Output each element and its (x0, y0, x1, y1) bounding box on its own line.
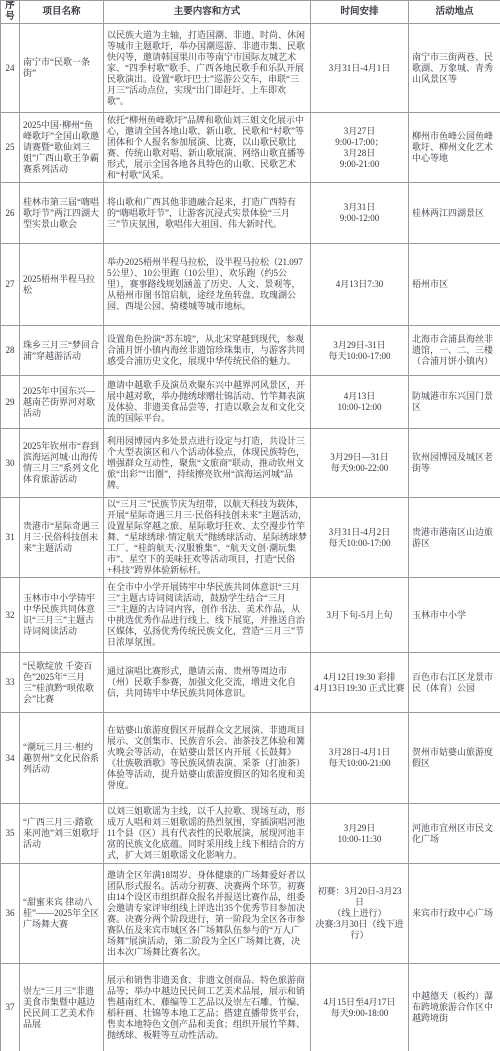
row-number-cell: 24 (1, 24, 20, 113)
project-name-cell: 崇左“三月三”非遗美食市集暨中越边民民间工艺美术作品展 (20, 964, 104, 1051)
row-number-cell: 32 (1, 578, 20, 653)
time-cell: 3月28日-4月1日 每天10:00-21:00 (311, 713, 409, 804)
row-number-cell: 37 (1, 964, 20, 1051)
time-cell: 3月31日 9:00-12:00 (311, 183, 409, 244)
table-row: 32 玉林市中小学铸牢中华民族共同体意识“三月三”主题古诗词阅读活动 在全市中小… (1, 578, 500, 653)
time-cell: 4月15日至4月17日 每天9:00-18:00 (311, 964, 409, 1051)
time-cell: 3月下旬-5月上旬 (311, 578, 409, 653)
time-cell: 4月13日 10:00-12:00 (311, 376, 409, 429)
location-cell: 防城港市东兴国门景区 (409, 376, 500, 429)
project-name-cell: “民歌绽放 千姿百色”2025年“三月三”桂滇黔“呗侬歌会”比赛 (20, 653, 104, 713)
project-name-cell: 2025年钦州市“春到滨海运河城·山海传情三月三”系列文化体育旅游活动 (20, 429, 104, 498)
header-row: 序号 项目名称 主要内容和方式 时间安排 活动地点 (1, 1, 500, 24)
location-cell: 中越德天（板约）瀑布跨境旅游合作区中越跨境街 (409, 964, 500, 1051)
content-cell: 举办2025梧州半程马拉松，设半程马拉松（21.0975公里）、10公里跑（10… (104, 244, 311, 326)
table-row: 36 “甜蜜来宾 律动八桂”——2025年全区广场舞大赛 邀请全区年满18周岁、… (1, 864, 500, 964)
header-cell-name: 项目名称 (20, 1, 104, 24)
row-number-cell: 29 (1, 376, 20, 429)
project-name-cell: 2025中国·柳州“鱼峰歌圩”全国山歌邀请赛暨“歌仙刘三姐”广西山歌王争霸赛系列… (20, 113, 104, 183)
events-schedule-page: 序号 项目名称 主要内容和方式 时间安排 活动地点 24 南宁市“民歌一条街” … (0, 0, 500, 1051)
location-cell: 梧州市区 (409, 244, 500, 326)
project-name-cell: 南宁市“民歌一条街” (20, 24, 104, 113)
row-number-cell: 26 (1, 183, 20, 244)
content-cell: 展示和销售非遗美食、非遗文创商品、特色旅游商品等；举办中越边民民间工艺美术品展，… (104, 964, 311, 1051)
content-cell: 通过演唱比赛形式，邀请云南、贵州等周边市（州）民歌手参赛，加强文化交流，增进文化… (104, 653, 311, 713)
location-cell: 来宾市行政中心广场 (409, 864, 500, 964)
row-number-cell: 27 (1, 244, 20, 326)
project-name-cell: 2025梧州半程马拉松 (20, 244, 104, 326)
location-cell: 柳州市鱼峰公园鱼峰歌圩、柳州文化艺术中心等地 (409, 113, 500, 183)
row-number-cell: 30 (1, 429, 20, 498)
row-number-cell: 28 (1, 326, 20, 376)
location-cell: 贵港市港南区山边旅游区 (409, 498, 500, 578)
table-row: 25 2025中国·柳州“鱼峰歌圩”全国山歌邀请赛暨“歌仙刘三姐”广西山歌王争霸… (1, 113, 500, 183)
location-cell: 桂林两江四湖景区 (409, 183, 500, 244)
project-name-cell: “广西三月三·踏歌来河池”刘三姐歌圩活动 (20, 804, 104, 864)
location-cell: 百色市右江区龙景市民（体育）公园 (409, 653, 500, 713)
time-cell: 3月31日-4月2日 每天10:00-17:00 (311, 498, 409, 578)
time-cell: 4月12日19:30 彩排 4月13日19:30 正式比赛 (311, 653, 409, 713)
content-cell: 将山歌和广西其他非遗融合起来，打造广西特有的“嗨唱歌圩节”，让游客沉浸式实景体验… (104, 183, 311, 244)
location-cell: 南宁市三街两巷、民歌湖、万象城、青秀山风景区等 (409, 24, 500, 113)
content-cell: 以“三月三”民族节庆为纽带，以航天科技为载体，开展“星际奇遇三月三·民俗科技创未… (104, 498, 311, 578)
table-row: 28 珠乡三月三“梦回合浦”穿越游活动 设置角色扮演“苏东坡”，从北宋穿越到现代… (1, 326, 500, 376)
content-cell: 邀请中越歌手及演员欢聚东兴中越界河风景区，开展中越对歌，举办抛绣球赠壮锦活动、竹… (104, 376, 311, 429)
header-cell-no: 序号 (1, 1, 20, 24)
time-cell: 3月29日—31日 每天9:00-22:00 (311, 429, 409, 498)
header-cell-content: 主要内容和方式 (104, 1, 311, 24)
row-number-cell: 31 (1, 498, 20, 578)
location-cell: 玉林市中小学 (409, 578, 500, 653)
location-cell: 北海市合浦县海丝非遗馆，一、二、三楼（合浦月饼小镇内） (409, 326, 500, 376)
time-cell: 初赛：3月20日-3月23日 （线上进行） 决赛:3月30日（线下进行） (311, 864, 409, 964)
table-row: 34 “潮玩三月三·相约趣贺州”文化民俗系列活动 在姑婆山旅游度假区开展群众文艺… (1, 713, 500, 804)
time-cell: 3月27日 9:00-17:00； 3月28日 9:00-21:00 (311, 113, 409, 183)
content-cell: 邀请全区年满18周岁、身体健康的广场舞爱好者以团队形式报名。活动分初赛、决赛两个… (104, 864, 311, 964)
events-table: 序号 项目名称 主要内容和方式 时间安排 活动地点 24 南宁市“民歌一条街” … (0, 0, 500, 1051)
table-row: 27 2025梧州半程马拉松 举办2025梧州半程马拉松，设半程马拉松（21.0… (1, 244, 500, 326)
row-number-cell: 35 (1, 804, 20, 864)
location-cell: 河池市宜州区市民文化广场 (409, 804, 500, 864)
content-cell: 在姑婆山旅游度假区开展群众文艺展演、非遗项目展示、文创集市、民族音乐会、油茶技艺… (104, 713, 311, 804)
table-row: 35 “广西三月三·踏歌来河池”刘三姐歌圩活动 以刘三姐歌谣为主线，以千人拉歌、… (1, 804, 500, 864)
project-name-cell: 贵港市“星际奇遇三月三·民俗科技创未来”主题活动 (20, 498, 104, 578)
project-name-cell: 2025年中国东兴—越南芒街界河对歌活动 (20, 376, 104, 429)
location-cell: 钦州园博园及城区老街等 (409, 429, 500, 498)
project-name-cell: 珠乡三月三“梦回合浦”穿越游活动 (20, 326, 104, 376)
project-name-cell: 玉林市中小学铸牢中华民族共同体意识“三月三”主题古诗词阅读活动 (20, 578, 104, 653)
table-row: 26 桂林市第三届“嗨唱歌圩节”两江四湖大型实景山歌会 将山歌和广西其他非遗融合… (1, 183, 500, 244)
table-row: 30 2025年钦州市“春到滨海运河城·山海传情三月三”系列文化体育旅游活动 利… (1, 429, 500, 498)
time-cell: 4月13日7:30 (311, 244, 409, 326)
row-number-cell: 25 (1, 113, 20, 183)
content-cell: 依托“柳州鱼峰歌圩”品牌和歌仙刘三姐文化展示中心，邀请全国各地山歌、新山歌、民歌… (104, 113, 311, 183)
time-cell: 3月31日-4月1日 (311, 24, 409, 113)
location-cell: 贺州市姑婆山旅游度假区 (409, 713, 500, 804)
row-number-cell: 36 (1, 864, 20, 964)
row-number-cell: 34 (1, 713, 20, 804)
content-cell: 在全市中小学开展铸牢中华民族共同体意识“三月三”主题古诗词阅读活动，鼓励学生结合… (104, 578, 311, 653)
project-name-cell: “潮玩三月三·相约趣贺州”文化民俗系列活动 (20, 713, 104, 804)
time-cell: 3月29日 10:00-11:30 (311, 804, 409, 864)
header-cell-time: 时间安排 (311, 1, 409, 24)
content-cell: 以刘三姐歌谣为主线，以千人拉歌、现场互动，形成万人唱和刘三姐歌谣的热烈氛围，穿插… (104, 804, 311, 864)
table-row: 37 崇左“三月三”非遗美食市集暨中越边民民间工艺美术作品展 展示和销售非遗美食… (1, 964, 500, 1051)
project-name-cell: “甜蜜来宾 律动八桂”——2025年全区广场舞大赛 (20, 864, 104, 964)
header-cell-location: 活动地点 (409, 1, 500, 24)
table-row: 29 2025年中国东兴—越南芒街界河对歌活动 邀请中越歌手及演员欢聚东兴中越界… (1, 376, 500, 429)
table-row: 33 “民歌绽放 千姿百色”2025年“三月三”桂滇黔“呗侬歌会”比赛 通过演唱… (1, 653, 500, 713)
content-cell: 设置角色扮演“苏东坡”，从北宋穿越到现代，参观合浦月饼小镇内海丝非遗馆珍珠集市，… (104, 326, 311, 376)
table-row: 31 贵港市“星际奇遇三月三·民俗科技创未来”主题活动 以“三月三”民族节庆为纽… (1, 498, 500, 578)
content-cell: 利用园博园内多处景点进行设定与打造，共设计三个大型表演区和八个活动体验点，体现民… (104, 429, 311, 498)
project-name-cell: 桂林市第三届“嗨唱歌圩节”两江四湖大型实景山歌会 (20, 183, 104, 244)
table-row: 24 南宁市“民歌一条街” 以民族大道为主轴，打造国潮、非遗、时尚、休闲等城市主… (1, 24, 500, 113)
content-cell: 以民族大道为主轴，打造国潮、非遗、时尚、休闲等城市主题歌圩，举办国潮巡游、非遗市… (104, 24, 311, 113)
row-number-cell: 33 (1, 653, 20, 713)
time-cell: 3月29日-31日 每天10:00-17:00 (311, 326, 409, 376)
